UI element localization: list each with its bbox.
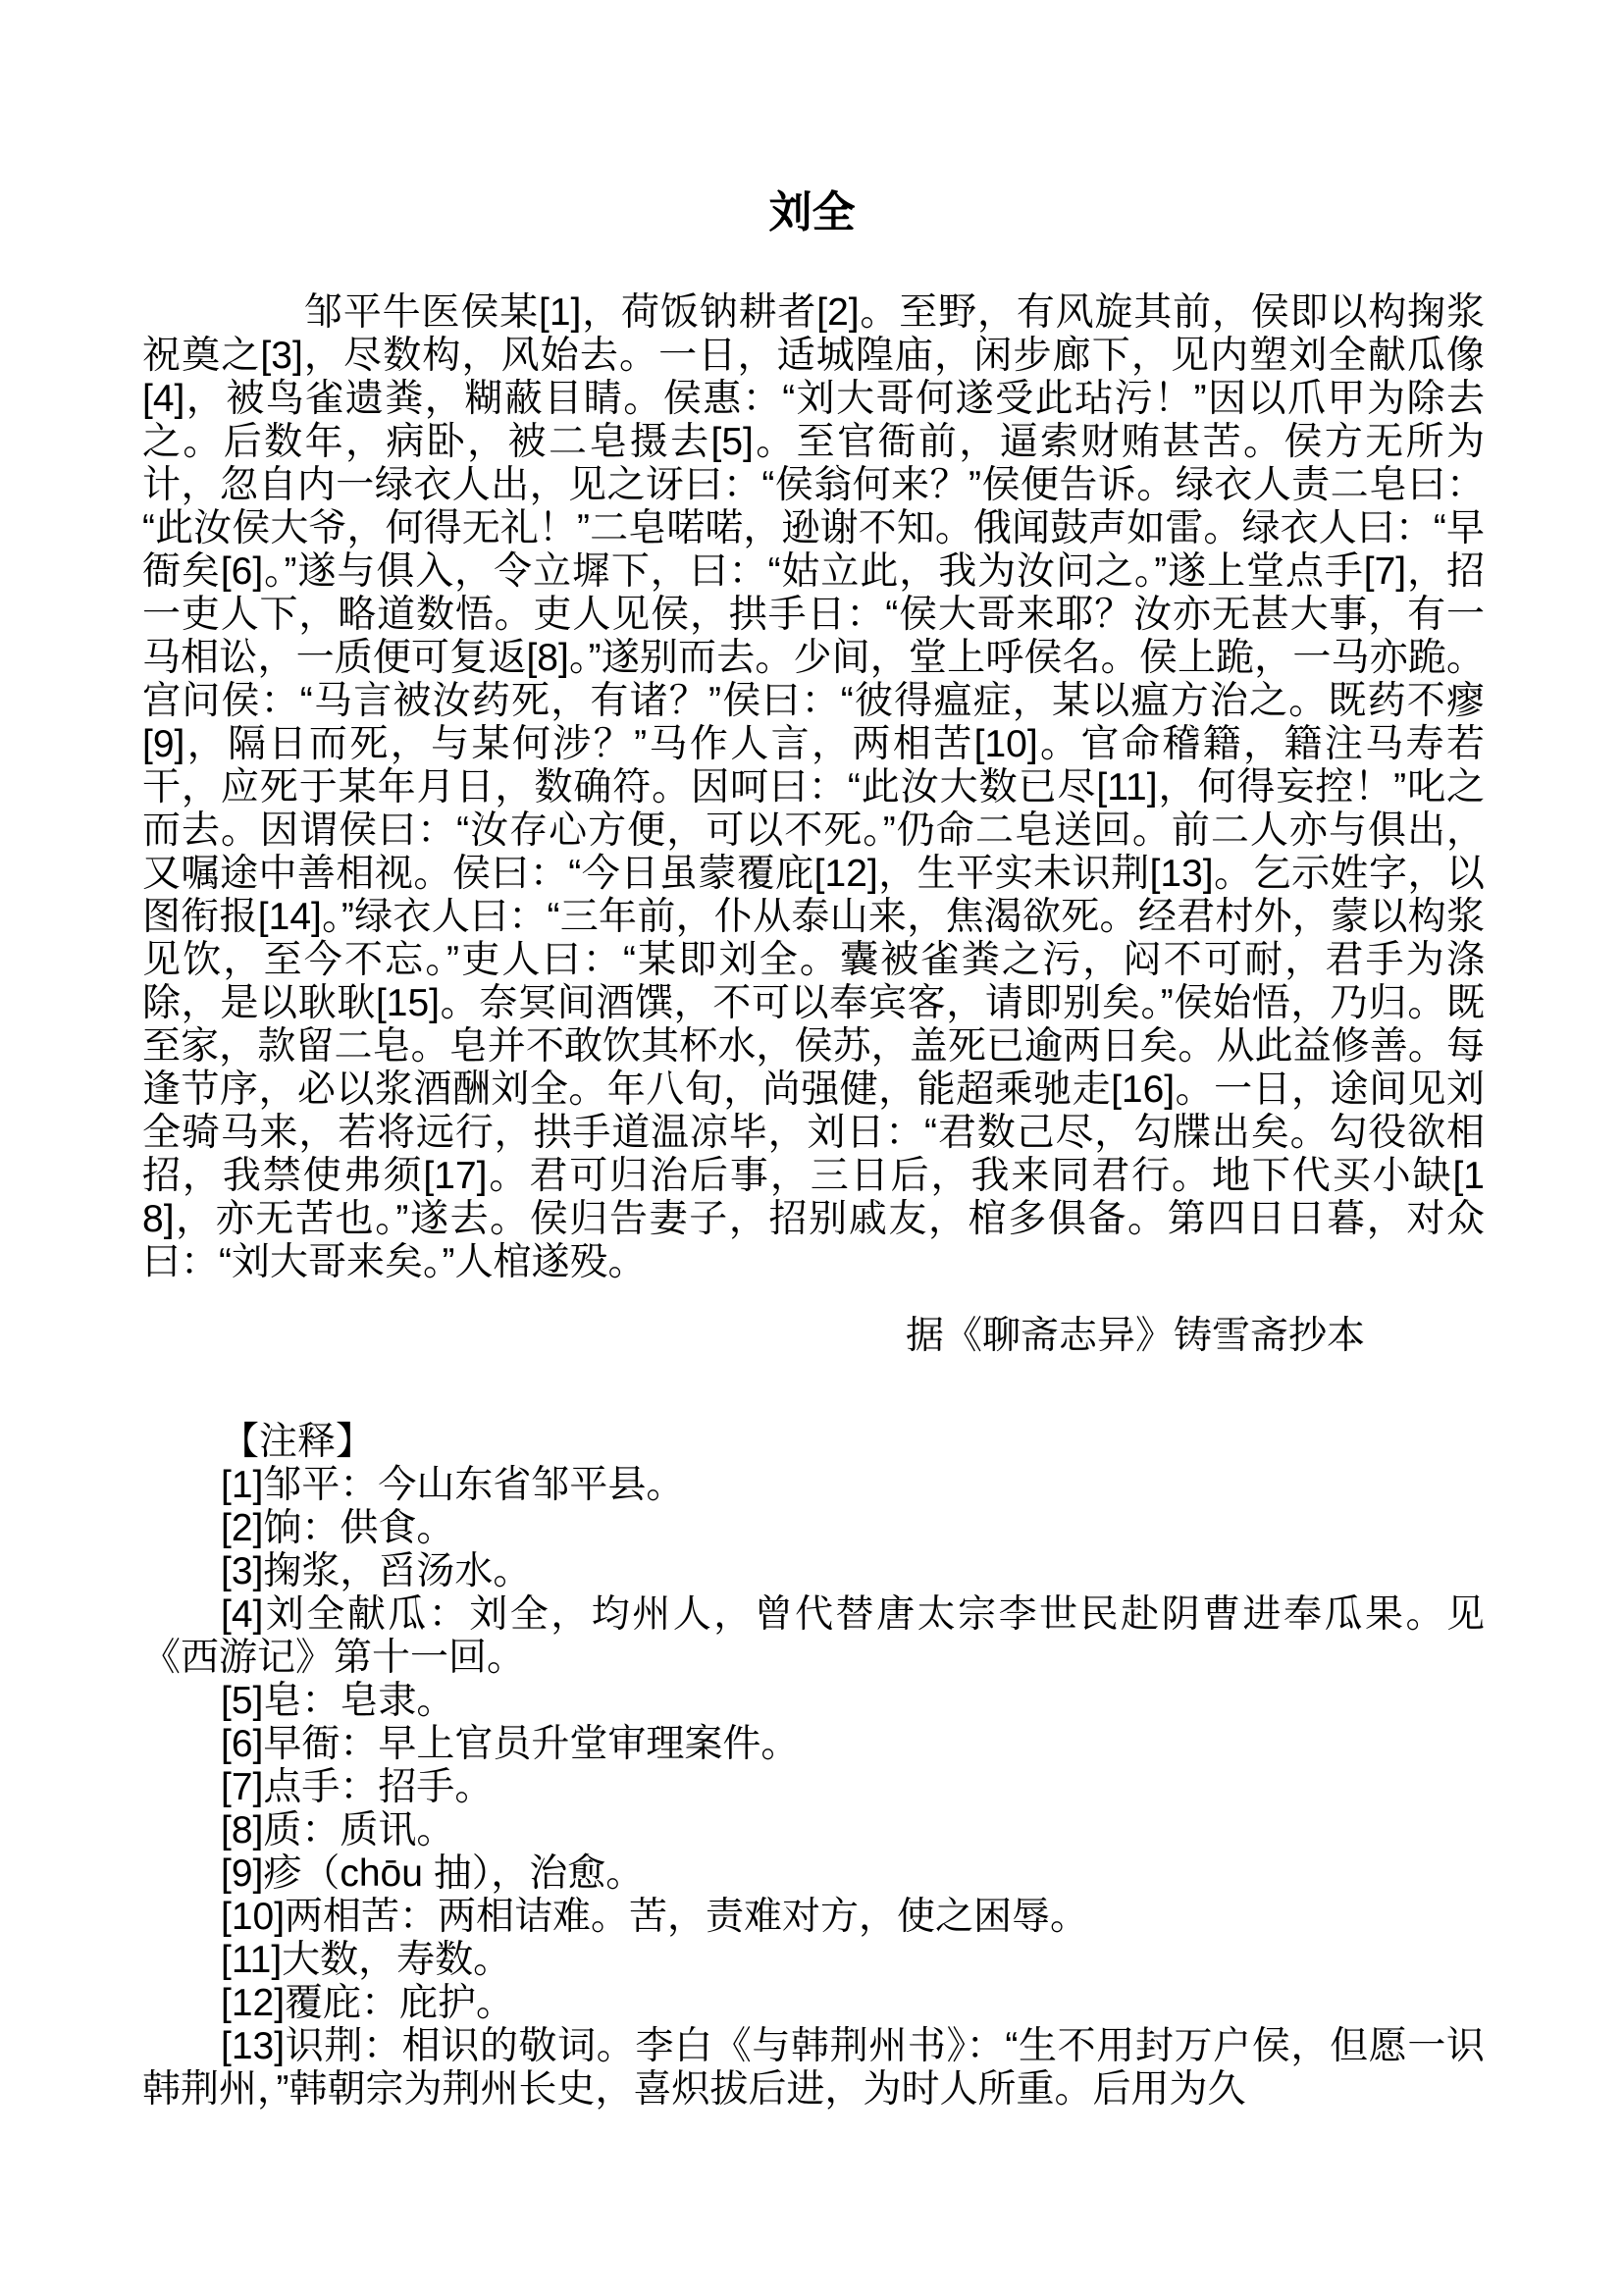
note-item: [1]邹平：今山东省邹平县。 xyxy=(142,1464,1485,1507)
story-paragraph: 邹平牛医侯某[1]，荷饭钠耕者[2]。至野，有风旋其前，侯即以构掬浆祝奠之[3]… xyxy=(142,291,1485,1284)
note-item: [2]饷：供食。 xyxy=(142,1507,1485,1550)
note-item: [8]质：质讯。 xyxy=(142,1809,1485,1852)
notes-header: 【注释】 xyxy=(142,1421,1485,1464)
note-item: [12]覆庇：庇护。 xyxy=(142,1982,1485,2025)
note-item: [4]刘全献瓜：刘全，均州人，曾代替唐太宗李世民赴阴曹进奉瓜果。见《西游记》第十… xyxy=(142,1593,1485,1680)
attribution-line: 据《聊斋志异》铸雪斋抄本 xyxy=(142,1315,1485,1358)
notes-section: 【注释】 [1]邹平：今山东省邹平县。 [2]饷：供食。 [3]掬浆，舀汤水。 … xyxy=(142,1421,1485,2112)
note-item: [3]掬浆，舀汤水。 xyxy=(142,1550,1485,1593)
note-item: [10]两相苦：两相诘难。苦，责难对方，使之困辱。 xyxy=(142,1896,1485,1939)
note-item: [11]大数，寿数。 xyxy=(142,1939,1485,1982)
story-title: 刘全 xyxy=(0,189,1624,236)
note-item: [9]疹（chōu 抽），治愈。 xyxy=(142,1852,1485,1896)
note-item: [13]识荆：相识的敬词。李白《与韩荆州书》：“生不用封万户侯，但愿一识韩荆州，… xyxy=(142,2025,1485,2112)
document-page: 刘全 邹平牛医侯某[1]，荷饭钠耕者[2]。至野，有风旋其前，侯即以构掬浆祝奠之… xyxy=(0,0,1624,2294)
note-item: [5]皂：皂隶。 xyxy=(142,1680,1485,1723)
note-item: [7]点手：招手。 xyxy=(142,1766,1485,1809)
note-item: [6]早衙：早上官员升堂审理案件。 xyxy=(142,1723,1485,1766)
